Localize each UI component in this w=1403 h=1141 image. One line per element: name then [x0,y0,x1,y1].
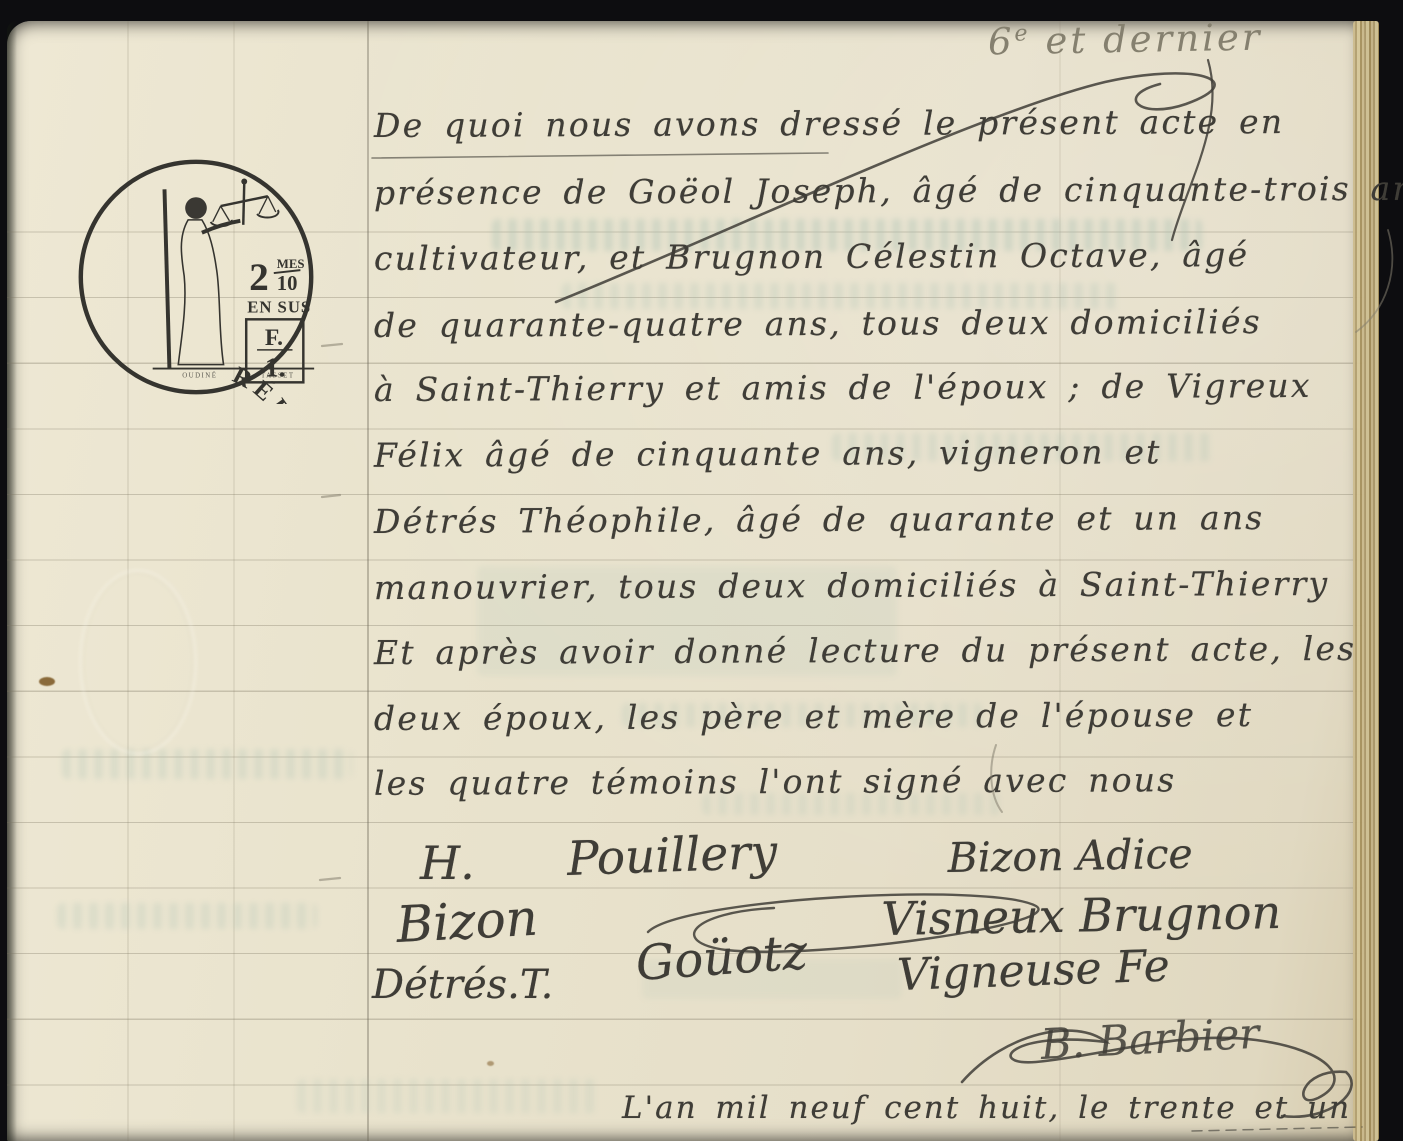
engraver-name: OUDINÉ [182,371,217,379]
value-denom: 10 [277,273,298,295]
stamp-text-francaise: FRANÇAISE [77,400,177,404]
folio-number: 6 [988,20,1015,63]
margin-rule [367,21,369,1141]
value-main: 2 [249,255,269,299]
act-text-line: Détrés Théophile, âgé de quarante et un … [374,498,1265,541]
act-text-line: cultivateur, et Brugnon Célestin Octave,… [374,235,1249,278]
act-text-line: présence de Goëol Joseph, âgé de cinquan… [374,169,1403,213]
registry-photo: { "annotation": {"num": "6", "sup": "e",… [0,0,1403,1141]
value-below: EN SUS [247,297,311,316]
act-text-line: les quatre témoins l'ont signé avec nous [374,760,1176,803]
signature-gouotz: Goüotz [634,924,809,992]
act-text-line: de quarante-quatre ans, tous deux domici… [374,302,1262,345]
act-text-line: manouvrier, tous deux domiciliés à Saint… [374,564,1330,607]
paper-stain [487,1061,494,1066]
signature-visneux-brugnon: Visneux Brugnon [881,885,1281,946]
value-sup: MES [277,257,305,271]
signature-detres: Détrés.T. [372,962,553,1008]
signature-bizon: Bizon [395,889,539,954]
staff-icon [164,189,169,368]
embossed-seal [79,569,197,755]
folio-text: et dernier [1045,16,1263,63]
figure-robe [178,220,223,365]
act-text-line: De quoi nous avons dressé le présent act… [374,102,1284,145]
stamp-value: 2 MES 10 EN SUS [247,255,311,317]
signature-bizon-adice: Bizon Adice [947,830,1193,882]
act-text-line: Et après avoir donné lecture du présent … [374,629,1356,672]
act-text-line: Félix âgé de cinquante ans, vigneron et [374,432,1162,474]
signature-pouillery: Pouillery [566,825,778,887]
bleed-through-text [297,1079,597,1113]
act-text-line: deux époux, les père et mère de l'épouse… [374,695,1253,738]
svg-text:FRANÇAISE: FRANÇAISE [77,400,177,404]
page-left-shadow [7,21,17,1141]
signature-vigneuse: Vigneuse Fe [896,941,1170,1001]
box-letter: F. [265,325,283,351]
paper-stain [39,677,55,686]
figure-head [185,197,207,219]
signature-initial: H. [420,836,475,890]
bleed-through-text [62,749,352,779]
engraver-name: TASSET [261,372,295,379]
bleed-through-text [57,903,317,929]
folio-sup: e [1014,20,1031,46]
act-text-line: à Saint-Thierry et amis de l'époux ; de … [374,366,1312,409]
next-act-opening-line: L'an mil neuf cent huit, le trente et un [622,1090,1351,1126]
revenue-stamp: RÉPUBLIQUE FRANÇAISE 2 MES 10 EN SUS [68,148,324,404]
folio-annotation: 6e et dernier [988,16,1263,64]
